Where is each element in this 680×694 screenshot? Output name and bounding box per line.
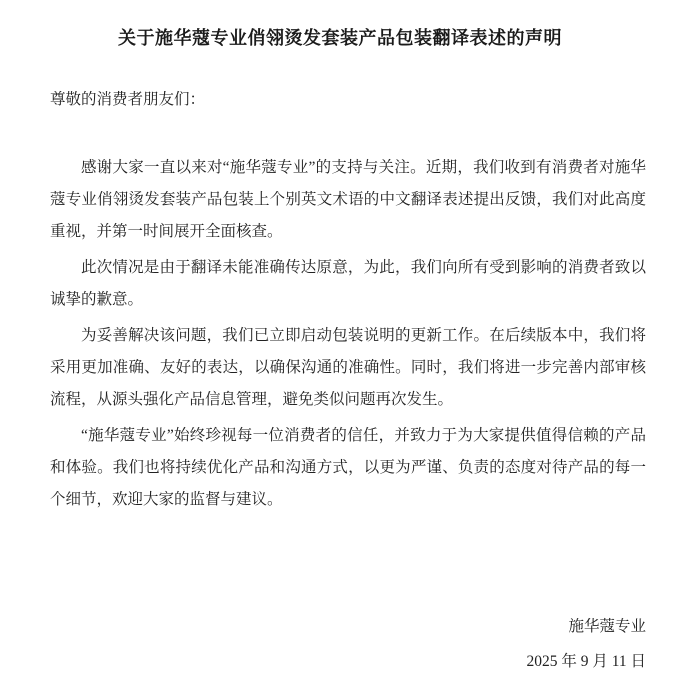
statement-date: 2025 年 9 月 11 日 [50,646,646,678]
paragraph-commitment: “施华蔻专业”始终珍视每一位消费者的信任，并致力于为大家提供值得信赖的产品和体验… [50,420,646,516]
paragraph-corrective-actions: 为妥善解决该问题，我们已立即启动包装说明的更新工作。在后续版本中，我们将采用更加… [50,320,646,416]
document-title: 关于施华蔻专业俏翎烫发套装产品包装翻译表述的声明 [0,26,680,50]
paragraph-apology: 此次情况是由于翻译未能准确传达原意，为此，我们向所有受到影响的消费者致以诚挚的歉… [50,252,646,316]
statement-document: 关于施华蔻专业俏翎烫发套装产品包装翻译表述的声明 尊敬的消费者朋友们： 感谢大家… [0,0,680,694]
signature-brand-name: 施华蔻专业 [50,611,646,643]
signature-block: 施华蔻专业 2025 年 9 月 11 日 [50,611,646,678]
greeting-line: 尊敬的消费者朋友们： [50,84,646,116]
paragraph-thanks-and-feedback: 感谢大家一直以来对“施华蔻专业”的支持与关注。近期，我们收到有消费者对施华蔻专业… [50,152,646,248]
